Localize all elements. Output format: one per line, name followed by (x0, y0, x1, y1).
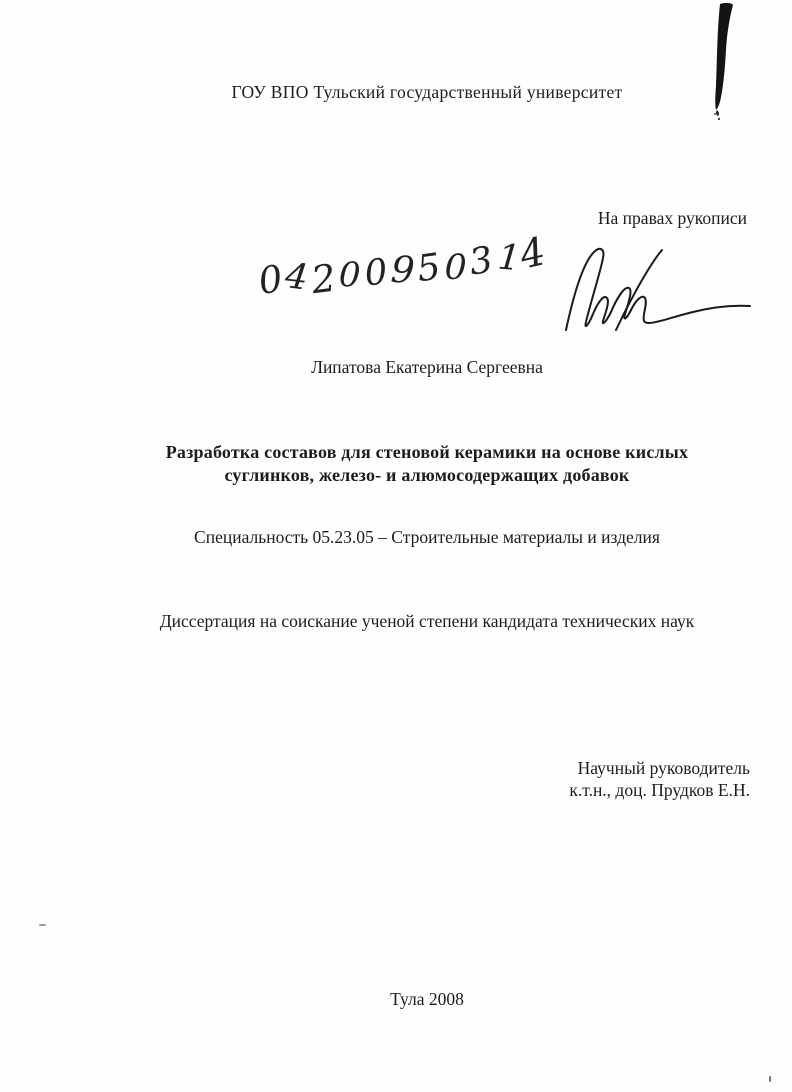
handwritten-number: 04200950314 (257, 241, 529, 298)
city-year: Тула 2008 (62, 989, 792, 1010)
signature (558, 242, 763, 337)
advisor-name: к.т.н., доц. Прудков Е.Н. (569, 780, 750, 802)
scan-speck-left (39, 924, 46, 926)
advisor-block: Научный руководитель к.т.н., доц. Прудко… (569, 758, 750, 801)
dissertation-title-line2: суглинков, железо- и алюмосодержащих доб… (62, 464, 792, 487)
university-name: ГОУ ВПО Тульский государственный универс… (62, 82, 792, 103)
dissertation-title: Разработка составов для стеновой керамик… (62, 441, 792, 487)
scan-speck-bottom-right (769, 1076, 771, 1082)
specialty-line: Специальность 05.23.05 – Строительные ма… (62, 527, 792, 548)
advisor-label: Научный руководитель (569, 758, 750, 780)
manuscript-rights-note: На правах рукописи (598, 208, 747, 229)
dissertation-title-page: ГОУ ВПО Тульский государственный универс… (0, 0, 792, 1092)
dissertation-type-line: Диссертация на соискание ученой степени … (62, 611, 792, 632)
ink-smudge-mark (706, 2, 746, 122)
author-name: Липатова Екатерина Сергеевна (62, 357, 792, 378)
dissertation-title-line1: Разработка составов для стеновой керамик… (62, 441, 792, 464)
